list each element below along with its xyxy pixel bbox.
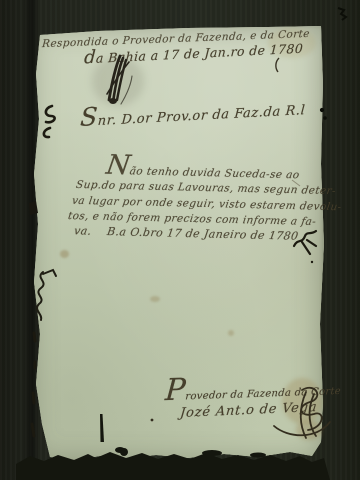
background-specks	[320, 8, 346, 119]
edge-ink-dashes	[32, 333, 35, 436]
document-photo: Respondida o Provedor da Fazenda, e da C…	[0, 0, 360, 480]
